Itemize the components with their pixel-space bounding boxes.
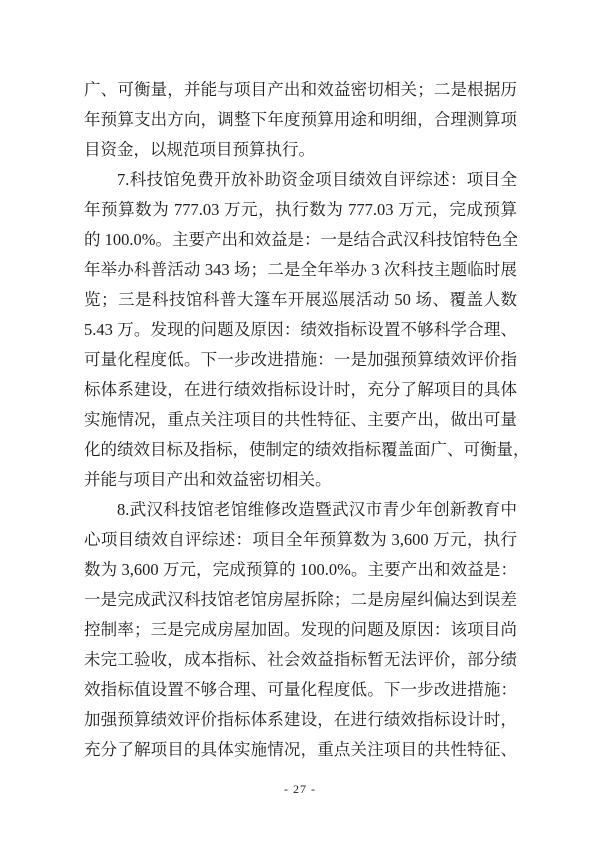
text-line: 可量化程度低。下一步改进措施：一是加强预算绩效评价指: [84, 345, 517, 375]
text-line: 充分了解项目的具体实施情况，重点关注项目的共性特征、: [84, 735, 517, 765]
text-line: 7.科技馆免费开放补助资金项目绩效自评综述：项目全: [84, 165, 517, 195]
text-line: 实施情况，重点关注项目的共性特征、主要产出，做出可量: [84, 405, 517, 435]
text-line: 目资金，以规范项目预算执行。: [84, 135, 517, 165]
document-body: 广、可衡量，并能与项目产出和效益密切相关；二是根据历年预算支出方向，调整下年度预…: [0, 0, 600, 765]
text-line: 览；三是科技馆科普大篷车开展巡展活动 50 场、覆盖人数: [84, 285, 517, 315]
text-line: 年预算支出方向，调整下年度预算用途和明细，合理测算项: [84, 105, 517, 135]
text-line: 5.43 万。发现的问题及原因：绩效指标设置不够科学合理、: [84, 315, 517, 345]
text-line: 未完工验收，成本指标、社会效益指标暂无法评价，部分绩: [84, 645, 517, 675]
text-line: 的 100.0%。主要产出和效益是：一是结合武汉科技馆特色全: [84, 225, 517, 255]
text-line: 化的绩效目标及指标，使制定的绩效指标覆盖面广、可衡量，: [84, 435, 517, 465]
text-line: 8.武汉科技馆老馆维修改造暨武汉市青少年创新教育中: [84, 495, 517, 525]
page-number: - 27 -: [0, 782, 600, 796]
text-line: 一是完成武汉科技馆老馆房屋拆除；二是房屋纠偏达到误差: [84, 585, 517, 615]
text-line: 效指标值设置不够合理、可量化程度低。下一步改进措施：: [84, 675, 517, 705]
text-line: 广、可衡量，并能与项目产出和效益密切相关；二是根据历: [84, 75, 517, 105]
text-line: 年预算数为 777.03 万元，执行数为 777.03 万元，完成预算: [84, 195, 517, 225]
text-line: 年举办科普活动 343 场；二是全年举办 3 次科技主题临时展: [84, 255, 517, 285]
text-line: 并能与项目产出和效益密切相关。: [84, 465, 517, 495]
text-line: 标体系建设，在进行绩效指标设计时，充分了解项目的具体: [84, 375, 517, 405]
text-line: 数为 3,600 万元，完成预算的 100.0%。主要产出和效益是：: [84, 555, 517, 585]
text-line: 控制率；三是完成房屋加固。发现的问题及原因：该项目尚: [84, 615, 517, 645]
text-line: 心项目绩效自评综述：项目全年预算数为 3,600 万元，执行: [84, 525, 517, 555]
document-page: 广、可衡量，并能与项目产出和效益密切相关；二是根据历年预算支出方向，调整下年度预…: [0, 0, 600, 848]
text-line: 加强预算绩效评价指标体系建设，在进行绩效指标设计时，: [84, 705, 517, 735]
